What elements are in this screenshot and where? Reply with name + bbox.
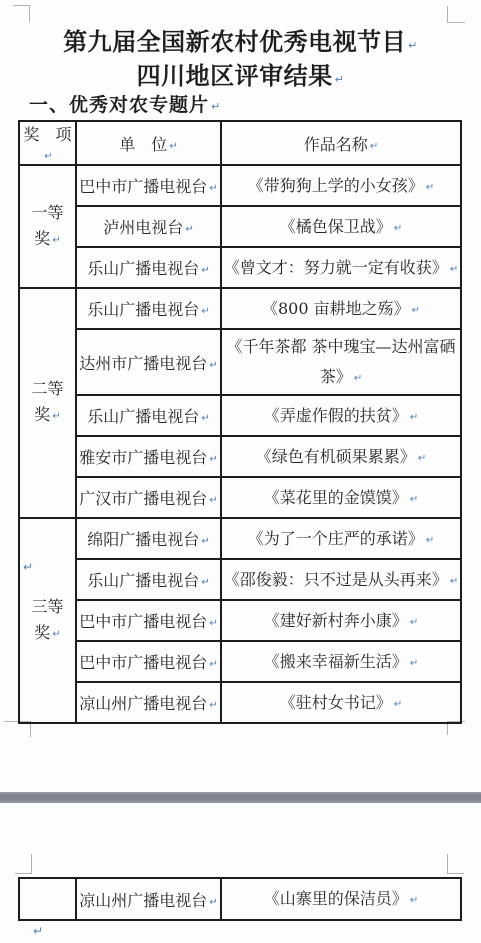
paragraph-mark-icon: ↵ <box>335 73 345 86</box>
work-title-text: 《绿色有机硕果累累》 <box>256 447 416 466</box>
award-label-line-2-text: 奖 <box>34 405 50 424</box>
table-row: 雅安市广播电视台↵《绿色有机硕果累累》↵ <box>19 436 461 477</box>
paragraph-mark-icon: ↵ <box>408 39 418 52</box>
paragraph-mark-icon: ↵ <box>52 404 60 430</box>
unit-text: 巴中市广播电视台 <box>79 653 207 672</box>
unit-text: 泸州电视台 <box>103 218 183 237</box>
table-header-row: 奖 项↵单 位↵作品名称↵ <box>19 121 461 165</box>
paragraph-mark-icon: ↵ <box>185 224 193 235</box>
header-cell-work-text: 作品名称 <box>304 135 368 154</box>
work-title-text: 《橘色保卫战》 <box>280 217 392 236</box>
paragraph-mark-icon: ↵ <box>201 413 209 424</box>
paragraph-mark-icon: ↵ <box>44 151 52 162</box>
paragraph-mark-icon: ↵ <box>209 360 217 371</box>
work-title-text: 《建好新村奔小康》 <box>264 611 408 630</box>
paragraph-mark-icon: ↵ <box>450 261 458 280</box>
table-row: 三等奖↵绵阳广播电视台↵《为了一个庄严的承诺》↵ <box>19 518 461 559</box>
work-cell[interactable]: 《驻村女书记》↵ <box>221 682 461 723</box>
table-row: 一等奖↵巴中市广播电视台↵《带狗狗上学的小女孩》↵ <box>19 165 461 206</box>
paragraph-mark-icon: ↵ <box>201 536 209 547</box>
header-cell-award[interactable]: 奖 项↵ <box>19 121 76 165</box>
unit-text: 凉山州广播电视台 <box>79 891 207 910</box>
page2-top-left-crop-mark <box>15 854 32 874</box>
work-cell[interactable]: 《800 亩耕地之殇》↵ <box>221 288 461 329</box>
unit-text: 巴中市广播电视台 <box>79 612 207 631</box>
unit-cell[interactable]: 凉山州广播电视台↵ <box>76 682 221 723</box>
work-cell[interactable]: 《弄虚作假的扶贫》↵ <box>221 395 461 436</box>
unit-cell[interactable]: 乐山广播电视台↵ <box>76 559 221 600</box>
work-title-text: 《驻村女书记》 <box>280 693 392 712</box>
paragraph-mark-icon: ↵ <box>52 228 60 254</box>
table-row: 凉山州广播电视台↵《山寨里的保洁员》↵ <box>19 878 461 920</box>
document-title-line-1[interactable]: 第九届全国新农村优秀电视节目↵ <box>0 22 481 57</box>
document-title-line-2[interactable]: 四川地区评审结果↵ <box>0 56 481 91</box>
unit-text: 乐山广播电视台 <box>87 259 199 278</box>
header-cell-unit[interactable]: 单 位↵ <box>76 121 221 165</box>
table-row: 巴中市广播电视台↵《搬来幸福新生活》↵ <box>19 641 461 682</box>
unit-text: 凉山州广播电视台 <box>79 694 207 713</box>
paragraph-mark-icon: ↵ <box>450 573 458 592</box>
paragraph-mark-icon: ↵ <box>410 409 418 428</box>
work-cell[interactable]: 《菜花里的金馍馍》↵ <box>221 477 461 518</box>
paragraph-mark-icon: ↵ <box>23 560 33 574</box>
awards-table-continued-container: 凉山州广播电视台↵《山寨里的保洁员》↵ <box>18 877 462 921</box>
work-title-text: 《搬来幸福新生活》 <box>264 652 408 671</box>
paragraph-mark-icon: ↵ <box>201 265 209 276</box>
work-cell[interactable]: 《橘色保卫战》↵ <box>221 206 461 247</box>
unit-cell[interactable]: 乐山广播电视台↵ <box>76 288 221 329</box>
page1-top-left-crop-mark <box>13 5 30 22</box>
work-cell[interactable]: 《千年茶都 茶中瑰宝—达州富硒茶》↵ <box>221 329 461 395</box>
table-row: 巴中市广播电视台↵《建好新村奔小康》↵ <box>19 600 461 641</box>
unit-text: 乐山广播电视台 <box>87 571 199 590</box>
paragraph-mark-icon: ↵ <box>410 655 418 674</box>
work-cell[interactable]: 《邵俊毅：只不过是从头再来》↵ <box>221 559 461 600</box>
award-cell-empty[interactable] <box>19 878 76 920</box>
award-label-line-2: 奖↵ <box>20 402 75 430</box>
unit-text: 广汉市广播电视台 <box>79 489 207 508</box>
paragraph-mark-icon: ↵ <box>209 659 217 670</box>
award-label-line-2: 奖↵ <box>20 226 75 254</box>
awards-table-continued: 凉山州广播电视台↵《山寨里的保洁员》↵ <box>18 877 462 921</box>
paragraph-mark-icon: ↵ <box>354 370 362 389</box>
header-cell-work[interactable]: 作品名称↵ <box>221 121 461 165</box>
award-cell[interactable]: 三等奖↵ <box>19 518 76 723</box>
work-title-text: 《曾文才：努力就一定有收获》 <box>224 258 448 277</box>
work-cell[interactable]: 《绿色有机硕果累累》↵ <box>221 436 461 477</box>
work-cell[interactable]: 《搬来幸福新生活》↵ <box>221 641 461 682</box>
page2-top-right-crop-mark <box>447 854 464 874</box>
paragraph-mark-icon: ↵ <box>209 454 217 465</box>
paragraph-mark-icon: ↵ <box>209 618 217 629</box>
work-cell[interactable]: 《曾文才：努力就一定有收获》↵ <box>221 247 461 288</box>
paragraph-mark-icon: ↵ <box>211 100 221 113</box>
header-cell-unit-text: 单 位 <box>119 135 167 154</box>
table-row: 达州市广播电视台↵《千年茶都 茶中瑰宝—达州富硒茶》↵ <box>19 329 461 395</box>
unit-text: 乐山广播电视台 <box>87 300 199 319</box>
unit-text: 巴中市广播电视台 <box>79 177 207 196</box>
paragraph-mark-icon: ↵ <box>394 220 402 239</box>
unit-cell[interactable]: 泸州电视台↵ <box>76 206 221 247</box>
unit-cell[interactable]: 凉山州广播电视台↵ <box>76 878 221 920</box>
unit-cell[interactable]: 乐山广播电视台↵ <box>76 395 221 436</box>
paragraph-mark-icon: ↵ <box>201 306 209 317</box>
unit-cell[interactable]: 巴中市广播电视台↵ <box>76 600 221 641</box>
table-row: 二等奖↵乐山广播电视台↵《800 亩耕地之殇》↵ <box>19 288 461 329</box>
work-title-text: 《邵俊毅：只不过是从头再来》 <box>224 570 448 589</box>
unit-cell[interactable]: 雅安市广播电视台↵ <box>76 436 221 477</box>
award-label-line-1: 三等 <box>20 594 75 620</box>
work-title-text: 《弄虚作假的扶贫》 <box>264 406 408 425</box>
section-heading-text: 一、优秀对农专题片 <box>29 94 209 116</box>
page-break-separator <box>0 792 481 803</box>
document-page-view: 第九届全国新农村优秀电视节目↵ 四川地区评审结果↵ 一、优秀对农专题片↵ 奖 项… <box>0 0 481 943</box>
award-label-line-2: 奖↵ <box>20 620 75 648</box>
unit-cell[interactable]: 巴中市广播电视台↵ <box>76 641 221 682</box>
header-cell-award-text: 奖 项 <box>23 125 71 144</box>
unit-cell[interactable]: 广汉市广播电视台↵ <box>76 477 221 518</box>
unit-text: 绵阳广播电视台 <box>87 530 199 549</box>
work-title-text: 《带狗狗上学的小女孩》 <box>248 176 424 195</box>
document-title-line-1-text: 第九届全国新农村优秀电视节目 <box>63 27 406 56</box>
award-label-line-2-text: 奖 <box>34 229 50 248</box>
award-label-line-1: 二等 <box>20 376 75 402</box>
unit-text: 乐山广播电视台 <box>87 407 199 426</box>
paragraph-mark-icon: ↵ <box>201 577 209 588</box>
paragraph-mark-icon: ↵ <box>52 622 60 648</box>
work-title-text: 《为了一个庄严的承诺》 <box>248 529 424 548</box>
award-label-line-2-text: 奖 <box>34 623 50 642</box>
paragraph-mark-icon: ↵ <box>209 183 217 194</box>
table-row: 广汉市广播电视台↵《菜花里的金馍馍》↵ <box>19 477 461 518</box>
award-cell[interactable]: 一等奖↵ <box>19 165 76 288</box>
work-title-text: 《菜花里的金馍馍》 <box>264 488 408 507</box>
paragraph-mark-icon: ↵ <box>370 141 378 152</box>
paragraph-mark-icon: ↵ <box>426 179 434 198</box>
table-row: 凉山州广播电视台↵《驻村女书记》↵ <box>19 682 461 723</box>
unit-cell[interactable]: 巴中市广播电视台↵ <box>76 165 221 206</box>
work-title-text: 《千年茶都 茶中瑰宝—达州富硒茶》 <box>226 337 455 386</box>
paragraph-mark-icon: ↵ <box>209 700 217 711</box>
work-title-text: 《山寨里的保洁员》 <box>264 889 408 908</box>
unit-text: 达州市广播电视台 <box>79 354 207 373</box>
work-cell[interactable]: 《带狗狗上学的小女孩》↵ <box>221 165 461 206</box>
table-row: 乐山广播电视台↵《弄虚作假的扶贫》↵ <box>19 395 461 436</box>
page1-top-right-crop-mark <box>447 6 465 23</box>
paragraph-mark-icon: ↵ <box>410 614 418 633</box>
unit-cell[interactable]: 乐山广播电视台↵ <box>76 247 221 288</box>
paragraph-mark-icon: ↵ <box>426 532 434 551</box>
table-row: 乐山广播电视台↵《曾文才：努力就一定有收获》↵ <box>19 247 461 288</box>
paragraph-mark-icon: ↵ <box>209 495 217 506</box>
award-label-line-1: 一等 <box>20 200 75 226</box>
paragraph-mark-icon: ↵ <box>394 696 402 715</box>
paragraph-mark-icon: ↵ <box>169 141 177 152</box>
table-row: 乐山广播电视台↵《邵俊毅：只不过是从头再来》↵ <box>19 559 461 600</box>
unit-cell[interactable]: 绵阳广播电视台↵ <box>76 518 221 559</box>
paragraph-mark-icon: ↵ <box>410 491 418 510</box>
work-cell[interactable]: 《为了一个庄严的承诺》↵ <box>221 518 461 559</box>
paragraph-mark-icon: ↵ <box>418 450 426 469</box>
work-title-text: 《800 亩耕地之殇》 <box>262 299 410 318</box>
paragraph-mark-icon: ↵ <box>410 892 418 911</box>
table-row: 泸州电视台↵《橘色保卫战》↵ <box>19 206 461 247</box>
paragraph-mark-icon: ↵ <box>209 897 217 908</box>
awards-table-container: 奖 项↵单 位↵作品名称↵一等奖↵巴中市广播电视台↵《带狗狗上学的小女孩》↵泸州… <box>18 120 462 724</box>
unit-cell[interactable]: 达州市广播电视台↵ <box>76 329 221 395</box>
work-cell[interactable]: 《山寨里的保洁员》↵ <box>221 878 461 920</box>
section-heading[interactable]: 一、优秀对农专题片↵ <box>29 90 221 117</box>
work-cell[interactable]: 《建好新村奔小康》↵ <box>221 600 461 641</box>
awards-table: 奖 项↵单 位↵作品名称↵一等奖↵巴中市广播电视台↵《带狗狗上学的小女孩》↵泸州… <box>18 120 462 724</box>
document-title-line-2-text: 四川地区评审结果 <box>137 61 333 90</box>
paragraph-mark-icon: ↵ <box>33 924 43 938</box>
paragraph-mark-icon: ↵ <box>412 302 420 321</box>
unit-text: 雅安市广播电视台 <box>79 448 207 467</box>
award-cell[interactable]: 二等奖↵ <box>19 288 76 518</box>
